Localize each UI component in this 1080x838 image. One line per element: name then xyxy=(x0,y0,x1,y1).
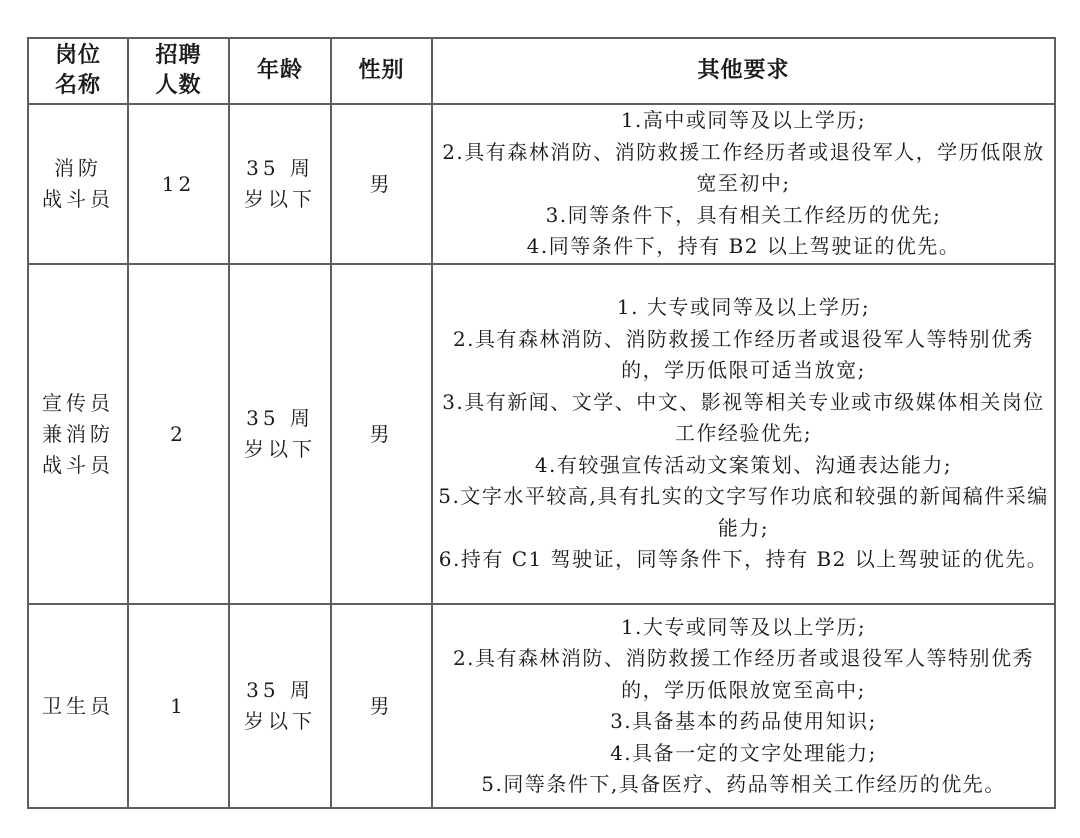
requirement-item: 2.具有森林消防、消防救援工作经历者或退役军人等特别优秀的，学历低限放宽至高中; xyxy=(433,643,1054,706)
requirement-item: 1.高中或同等及以上学历; xyxy=(433,105,1054,137)
table-row: 消防 战斗员 12 35 周 岁以下 男 1.高中或同等及以上学历; 2.具有森… xyxy=(28,104,1055,264)
position-name-cell: 卫生员 xyxy=(28,604,128,808)
position-name-cell: 宣传员 兼消防 战斗员 xyxy=(28,264,128,604)
requirement-item: 4.具备一定的文字处理能力; xyxy=(433,738,1054,770)
gender-cell: 男 xyxy=(331,264,432,604)
header-position-name: 岗位 名称 xyxy=(28,38,128,104)
requirement-item: 4.有较强宣传活动文案策划、沟通表达能力; xyxy=(433,450,1054,482)
requirements-list: 1.高中或同等及以上学历; 2.具有森林消防、消防救援工作经历者或退役军人，学历… xyxy=(433,105,1054,263)
requirement-item: 5.同等条件下,具备医疗、药品等相关工作经历的优先。 xyxy=(433,769,1054,801)
header-other-requirements: 其他要求 xyxy=(432,38,1055,104)
headcount-cell: 2 xyxy=(128,264,229,604)
requirement-item: 2.具有森林消防、消防救援工作经历者或退役军人，学历低限放宽至初中; xyxy=(433,137,1054,200)
requirements-cell: 1.大专或同等及以上学历; 2.具有森林消防、消防救援工作经历者或退役军人等特别… xyxy=(432,604,1055,808)
recruitment-table: 岗位 名称 招聘 人数 年龄 性别 其他要求 消防 战斗员 12 35 周 岁以… xyxy=(27,37,1056,809)
requirement-item: 3.具备基本的药品使用知识; xyxy=(433,706,1054,738)
requirement-item: 4.同等条件下，持有 B2 以上驾驶证的优先。 xyxy=(433,231,1054,263)
requirement-item: 2.具有森林消防、消防救援工作经历者或退役军人等特别优秀的，学历低限可适当放宽; xyxy=(433,324,1054,387)
header-age: 年龄 xyxy=(229,38,331,104)
gender-cell: 男 xyxy=(331,104,432,264)
requirements-list: 1. 大专或同等及以上学历; 2.具有森林消防、消防救援工作经历者或退役军人等特… xyxy=(433,292,1054,576)
requirement-item: 1.大专或同等及以上学历; xyxy=(433,612,1054,644)
requirements-list: 1.大专或同等及以上学历; 2.具有森林消防、消防救援工作经历者或退役军人等特别… xyxy=(433,612,1054,801)
age-cell: 35 周 岁以下 xyxy=(229,604,331,808)
requirement-item: 3.具有新闻、文学、中文、影视等相关专业或市级媒体相关岗位工作经验优先; xyxy=(433,387,1054,450)
headcount-cell: 12 xyxy=(128,104,229,264)
gender-cell: 男 xyxy=(331,604,432,808)
age-cell: 35 周 岁以下 xyxy=(229,264,331,604)
table-row: 卫生员 1 35 周 岁以下 男 1.大专或同等及以上学历; 2.具有森林消防、… xyxy=(28,604,1055,808)
requirement-item: 5.文字水平较高,具有扎实的文字写作功底和较强的新闻稿件采编能力; xyxy=(433,481,1054,544)
headcount-cell: 1 xyxy=(128,604,229,808)
requirement-item: 1. 大专或同等及以上学历; xyxy=(433,292,1054,324)
requirement-item: 6.持有 C1 驾驶证，同等条件下，持有 B2 以上驾驶证的优先。 xyxy=(433,544,1054,576)
table-row: 宣传员 兼消防 战斗员 2 35 周 岁以下 男 1. 大专或同等及以上学历; … xyxy=(28,264,1055,604)
header-gender: 性别 xyxy=(331,38,432,104)
header-headcount: 招聘 人数 xyxy=(128,38,229,104)
requirement-item: 3.同等条件下，具有相关工作经历的优先; xyxy=(433,200,1054,232)
age-cell: 35 周 岁以下 xyxy=(229,104,331,264)
position-name-cell: 消防 战斗员 xyxy=(28,104,128,264)
requirements-cell: 1.高中或同等及以上学历; 2.具有森林消防、消防救援工作经历者或退役军人，学历… xyxy=(432,104,1055,264)
requirements-cell: 1. 大专或同等及以上学历; 2.具有森林消防、消防救援工作经历者或退役军人等特… xyxy=(432,264,1055,604)
table-header-row: 岗位 名称 招聘 人数 年龄 性别 其他要求 xyxy=(28,38,1055,104)
